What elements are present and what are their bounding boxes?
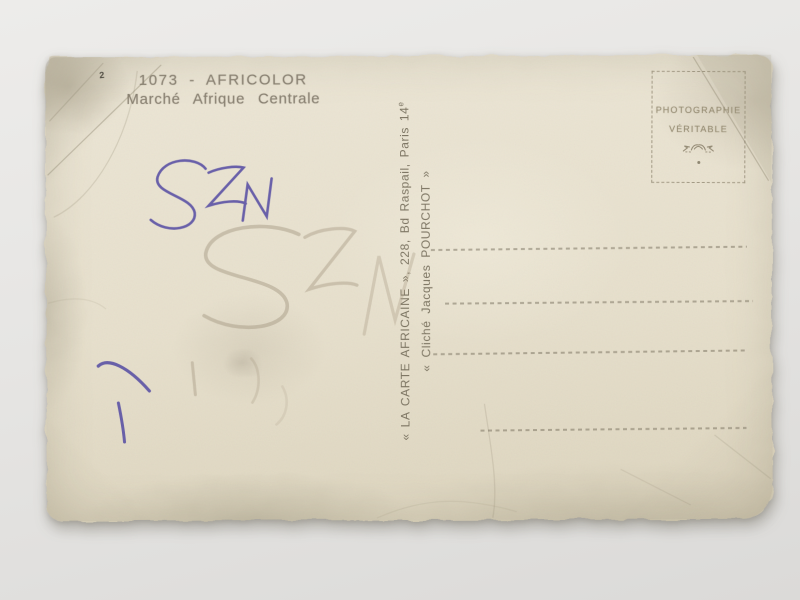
handwriting-and-creases bbox=[45, 55, 773, 522]
pencil-handwriting bbox=[192, 226, 415, 425]
crease-lines bbox=[47, 55, 773, 520]
ink-handwriting bbox=[98, 160, 273, 442]
postcard-back: 2 1073 - AFRICOLOR Marché Afrique Centra… bbox=[45, 55, 773, 522]
postcard-content: 2 1073 - AFRICOLOR Marché Afrique Centra… bbox=[45, 55, 773, 522]
photo-backdrop: 2 1073 - AFRICOLOR Marché Afrique Centra… bbox=[0, 0, 800, 600]
